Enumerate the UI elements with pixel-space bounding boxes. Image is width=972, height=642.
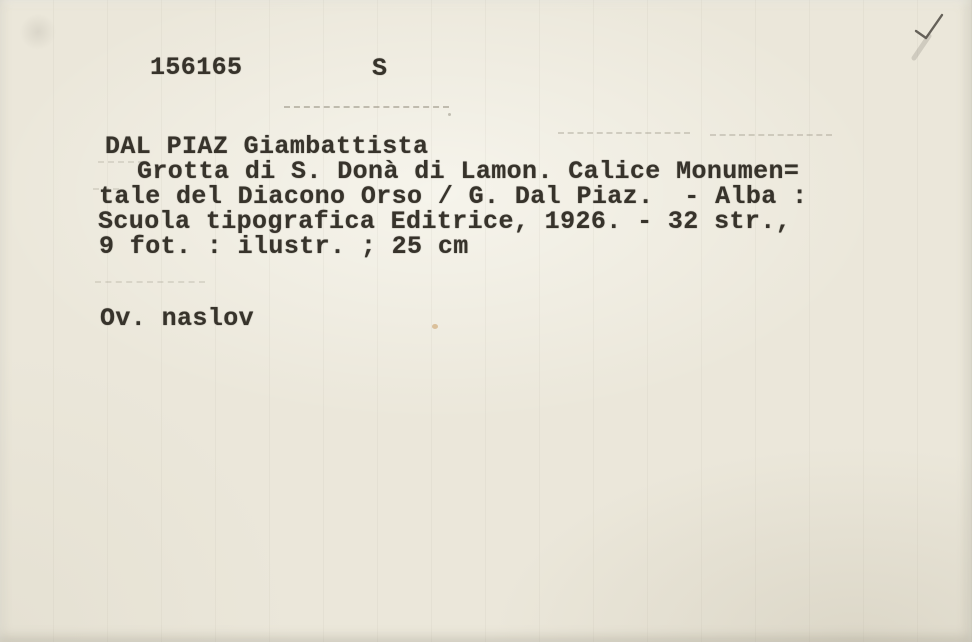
catalog-card: 156165 S DAL PIAZ Giambattista Grotta di… — [0, 0, 972, 642]
entry-line: tale del Diacono Orso / G. Dal Piaz. - A… — [99, 184, 808, 209]
entry-line: Scuola tipografica Editrice, 1926. - 32 … — [98, 209, 791, 234]
erasure-dashes — [95, 281, 205, 283]
erasure-dashes — [284, 106, 449, 108]
entry-line: Grotta di S. Donà di Lamon. Calice Monum… — [137, 159, 799, 184]
paper-speck — [448, 113, 451, 116]
call-number: 156165 — [150, 55, 242, 80]
author-heading: DAL PIAZ Giambattista — [105, 134, 428, 159]
erasure-dashes — [710, 134, 832, 136]
section-letter: S — [372, 56, 387, 81]
paper-speck — [432, 324, 438, 329]
entry-line: 9 fot. : ilustr. ; 25 cm — [99, 234, 469, 259]
note-line: Ov. naslov — [100, 306, 254, 331]
erasure-dashes — [558, 132, 690, 134]
